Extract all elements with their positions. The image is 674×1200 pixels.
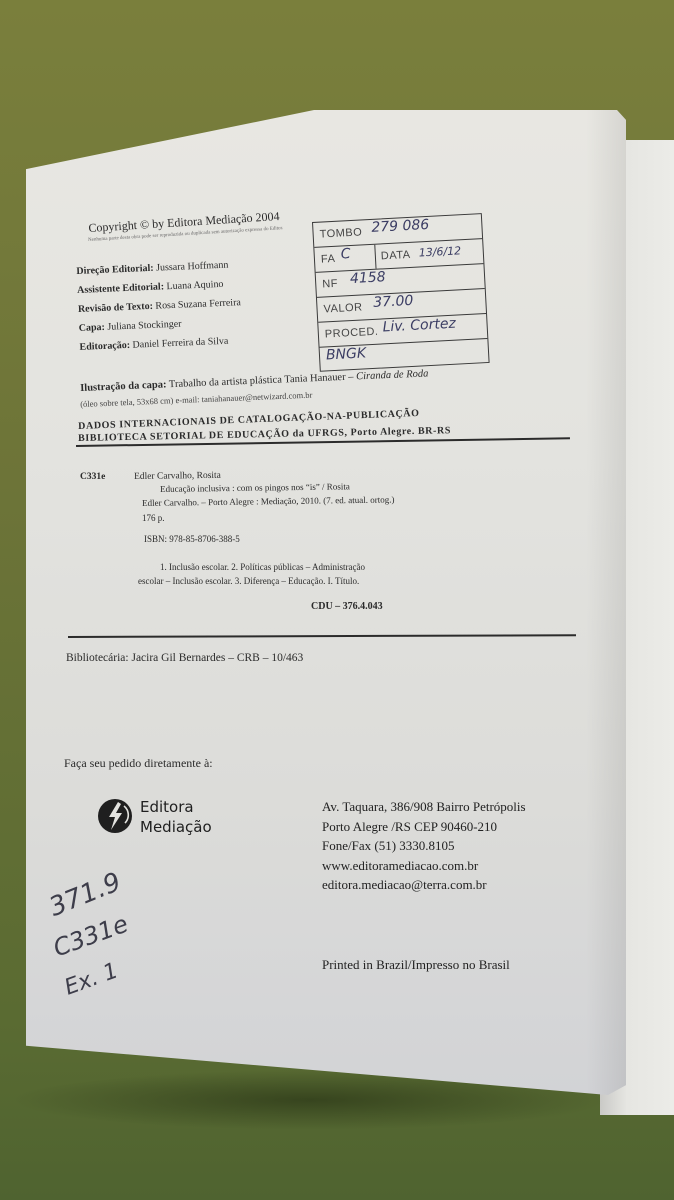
librarian: Bibliotecária: Jacira Gil Bernardes – CR… — [66, 652, 303, 664]
stamp-divider — [374, 245, 376, 269]
cover-illustration-details: (óleo sobre tela, 53x68 cm) e-mail: tani… — [80, 390, 312, 409]
cip-isbn: ISBN: 978-85-8706-388-5 — [144, 534, 240, 544]
page-content: Copyright © by Editora Mediação 2004 Nen… — [0, 0, 674, 1200]
website-line: www.editoramediacao.com.br — [322, 856, 526, 876]
library-stamp: TOMBO 279 086 FA C DATA 13/6/12 NF 4158 … — [312, 213, 490, 372]
order-prompt: Faça seu pedido diretamente à: — [64, 756, 213, 771]
handwritten-copy: Ex. 1 — [61, 958, 121, 1000]
cip-author: Edler Carvalho, Rosita — [134, 471, 221, 482]
phone-line: Fone/Fax (51) 3330.8105 — [322, 836, 526, 856]
lightning-bolt-circle-icon — [97, 798, 133, 834]
address-line: Porto Alegre /RS CEP 90460-210 — [322, 817, 526, 837]
cip-subjects-line2: escolar – Inclusão escolar. 3. Diferença… — [138, 576, 359, 586]
cip-bottom-divider — [68, 634, 576, 637]
publisher-address: Av. Taquara, 386/908 Bairro Petrópolis P… — [322, 797, 526, 895]
publisher-logo-text: Editora Mediação — [140, 797, 212, 837]
handwritten-tombo: 279 086 — [371, 217, 430, 236]
cip-subjects-line1: 1. Inclusão escolar. 2. Políticas públic… — [160, 562, 365, 572]
credits-list: Direção Editorial: Jussara Hoffmann Assi… — [76, 255, 243, 357]
cip-cdu: CDU – 376.4.043 — [311, 601, 383, 612]
email-line: editora.mediacao@terra.com.br — [322, 875, 526, 895]
address-line: Av. Taquara, 386/908 Bairro Petrópolis — [322, 797, 526, 817]
cip-title: Educação inclusiva : com os pingos nos “… — [160, 481, 350, 494]
call-number: C331e — [80, 472, 105, 482]
cip-publication: Edler Carvalho. – Porto Alegre : Mediaçã… — [142, 494, 395, 508]
cip-pages: 176 p. — [142, 513, 165, 523]
printed-in: Printed in Brazil/Impresso no Brasil — [322, 957, 510, 973]
cover-illustration: Ilustração da capa: Trabalho da artista … — [80, 368, 429, 394]
